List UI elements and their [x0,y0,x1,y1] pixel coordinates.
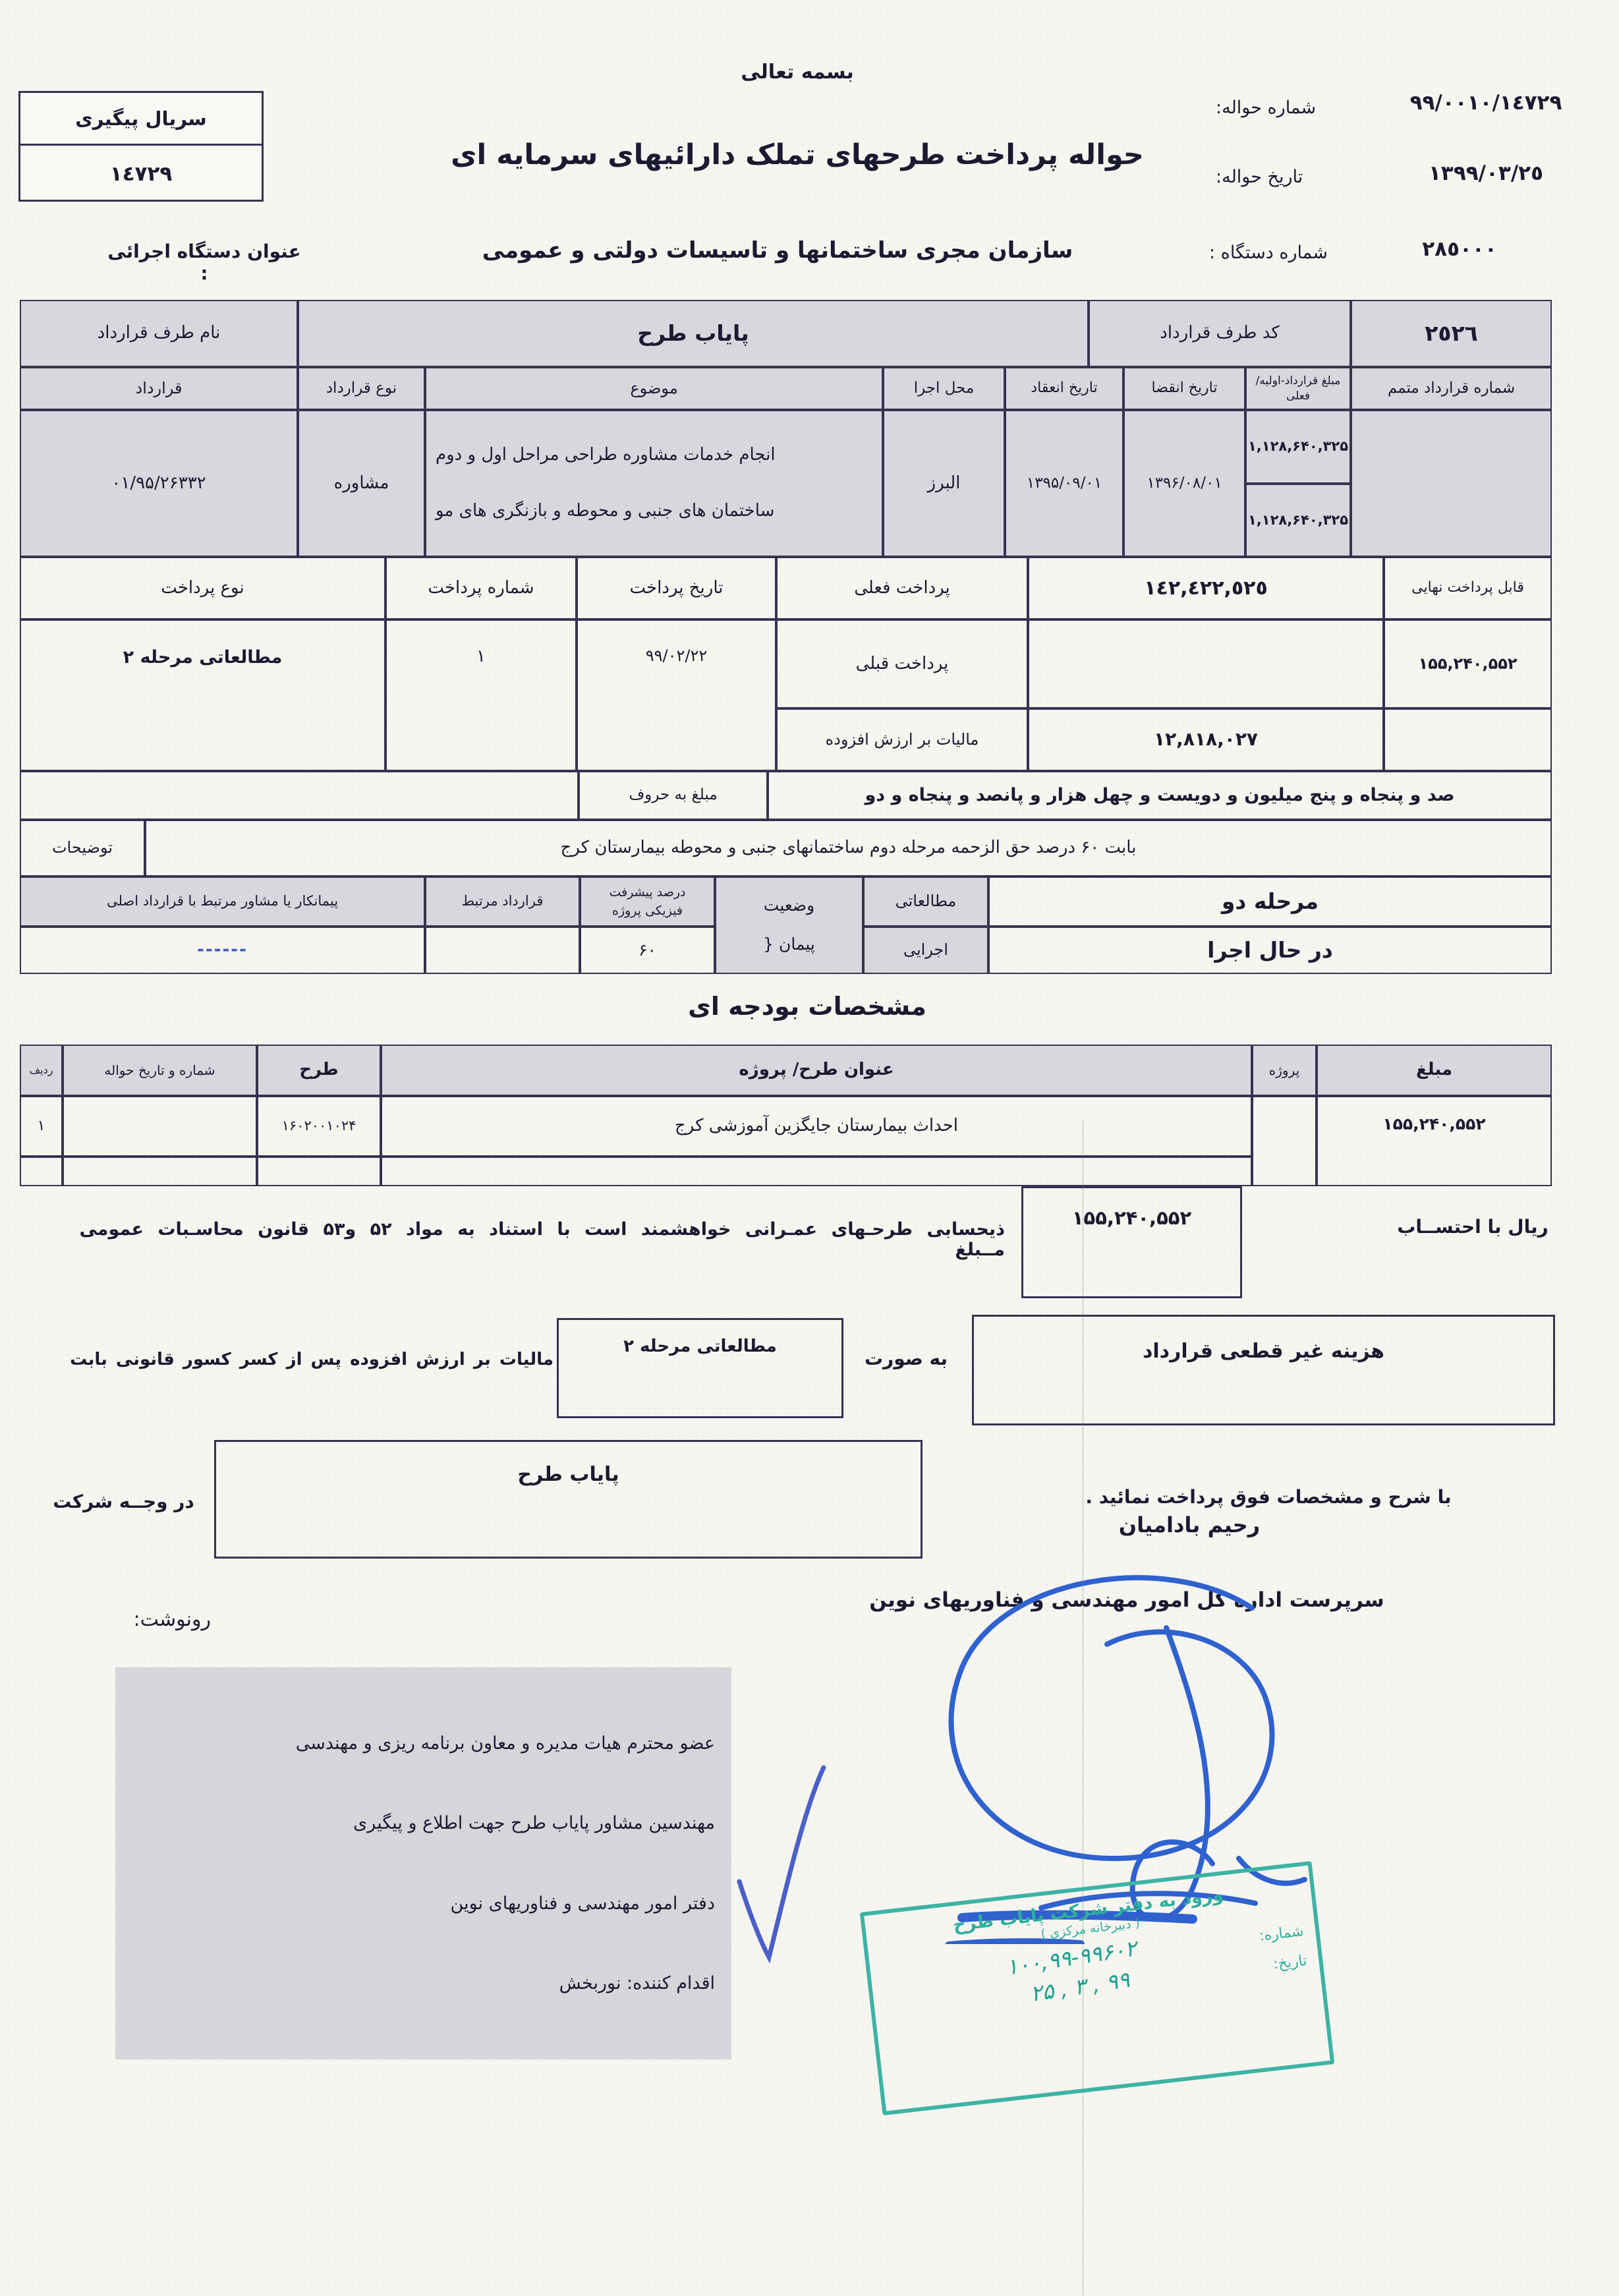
contract-location-value: البرز [883,410,1005,557]
agency-label: عنوان دستگاه اجرائی : [102,241,306,284]
stamp-number-label: شماره: [1259,1923,1305,1944]
havale-date-value: ١٣٩٩/٠٣/٢٥ [1380,161,1591,185]
budget-header-project: پروژه [1252,1045,1317,1096]
related-contract-empty [425,927,580,974]
bismillah-text: بسمه تعالی [659,61,936,84]
subject-line-1: انجام خدمات مشاوره طراحی مراحل اول و دوم [436,444,776,467]
budget-empty-4 [381,1157,1252,1186]
contract-expiry-date-value: ۱۳۹۶/۰۸/۰۱ [1123,410,1245,557]
progress-header-line-1: درصد پیشرفت [610,883,686,902]
budget-title: مشخصات بودجه ای [461,992,1153,1021]
budget-header-title: عنوان طرح/ پروژه [381,1045,1252,1096]
header-expiry-date: تاریخ انقضا [1123,367,1245,410]
final-payable-empty [1384,708,1552,771]
supplement-no-empty [1351,410,1552,557]
header-subject: موضوع [425,367,883,410]
contract-sign-date-value: ۱۳۹۵/۰۹/۰۱ [1005,410,1123,557]
subject-line-2: ساختمان های جنبی و محوطه و بازنگری های م… [436,500,774,523]
expense-box: هزینه غیر قطعی قرارداد [972,1315,1555,1425]
related-contract-header: قرارداد مرتبط [425,876,580,927]
budget-header-amount: مبلغ [1317,1045,1552,1096]
copies-item-4: اقدام کننده: نوربخش [122,1973,715,1994]
stage-value: مرحله دو [988,876,1552,927]
serial-value: ١٤٧٢٩ [20,147,262,201]
serial-tracking-box: سریال پیگیری ١٤٧٢٩ [18,91,264,202]
status-header-cell: وضعیت پیمان { [715,876,863,974]
copies-item-2: مهندسین مشاور پایاب طرح جهت اطلاع و پیگی… [122,1813,715,1833]
contract-name-label: نام طرف قرارداد [20,300,298,367]
copies-label: رونوشت: [59,1608,211,1631]
stamp-date-label: تاریخ: [1272,1953,1308,1973]
serial-label: سریال پیگیری [20,93,262,146]
copies-block: عضو محترم هیات مدیره و معاون برنامه ریزی… [115,1667,731,2059]
pay-instruction-text: با شرح و مشخصات فوق پرداخت نمائید . [975,1486,1562,1508]
state-value: در حال اجرا [988,927,1552,974]
studies-label: مطالعاتی [863,876,988,927]
budget-project-empty [1252,1096,1317,1186]
status-word: وضعیت [764,895,814,917]
previous-payment-label: پرداخت قبلی [776,619,1028,708]
amount-in-words-label: مبلغ به حروف [579,771,768,820]
contract-no-value: ۰۱/۹۵/۲۶۳۳۲ [20,410,298,557]
pen-checkmark [731,1760,830,1970]
device-no-value: ٢٨٥٠٠٠ [1364,237,1555,261]
device-no-label: شماره دستگاه : [1209,243,1377,263]
budget-empty-3 [257,1157,381,1186]
executive-label: اجرایی [863,927,988,974]
progress-header: درصد پیشرفت فیزیکی پروژه [580,876,715,927]
vat-deduction-text: مالیات بر ارزش افزوده پس از کسر کسور قان… [40,1350,554,1369]
budget-ref-empty [63,1096,257,1157]
payment-type-value: مطالعاتی مرحله ۲ [20,619,385,771]
scan-fold-line [1082,1120,1084,2296]
status-peyman: پیمان { [763,934,815,956]
company-box: پایاب طرح [214,1440,923,1559]
previous-payment-value-empty [1028,619,1384,708]
copies-item-1: عضو محترم هیات مدیره و معاون برنامه ریزی… [122,1733,715,1754]
company-box-text: پایاب طرح [216,1463,921,1486]
vat-label: مالیات بر ارزش افزوده [776,708,1028,771]
payment-type-header: نوع پرداخت [20,557,385,619]
budget-plan-value: ۱۶۰۲۰۰۱۰۲۴ [257,1096,381,1157]
type-box-text: مطالعاتی مرحله ۲ [559,1336,841,1356]
type-box: مطالعاتی مرحله ۲ [557,1318,843,1418]
header-contract: قرارداد [20,367,298,410]
as-label: به صورت [847,1348,965,1369]
vat-value: ١٢,٨١٨,٠٢٧ [1028,708,1384,771]
progress-value: ۶۰ [580,927,715,974]
notes-label: توضیحات [20,820,145,876]
related-contractor-value: ------ [20,927,425,974]
words-row-empty [20,771,579,820]
expense-box-text: هزینه غیر قطعی قرارداد [974,1340,1553,1363]
budget-amount-value: ۱۵۵,۲۴۰,۵۵۲ [1317,1096,1552,1186]
budget-empty-1 [20,1157,63,1186]
header-supplement-no: شماره قرارداد متمم [1351,367,1552,410]
current-payment-label: پرداخت فعلی [776,557,1028,619]
copies-item-3: دفتر امور مهندسی و فناوریهای نوین [122,1893,715,1914]
header-contract-type: نوع قرارداد [298,367,425,410]
contract-type-value: مشاوره [298,410,425,557]
header-sign-date: تاریخ انعقاد [1005,367,1123,410]
scanned-payment-order-document: سریال پیگیری ١٤٧٢٩ بسمه تعالی حواله پردا… [0,0,1619,2296]
current-payment-value: ١٤٢,٤٢٢,٥٢٥ [1028,557,1384,619]
notes-value: بابت ۶۰ درصد حق الزحمه مرحله دوم ساختمان… [145,820,1552,876]
final-payable-label: قابل پرداخت نهایی [1384,557,1552,619]
budget-header-ref: شماره و تاریخ حواله [63,1045,257,1096]
instruction-amount-box: ۱۵۵,۲۴۰,۵۵۲ [1021,1186,1242,1298]
rial-text: ریال با احتســاب [1380,1216,1565,1238]
payment-no-value: ۱ [385,619,577,771]
org-name: سازمان مجری ساختمانها و تاسیسات دولتی و … [369,237,1186,264]
progress-header-line-2: فیزیکی پروژه [612,902,683,921]
payment-date-header: تاریخ پرداخت [577,557,776,619]
signer-name: رحیم بادامیان [1074,1512,1305,1537]
instruction-amount-value: ۱۵۵,۲۴۰,۵۵۲ [1023,1207,1240,1229]
related-contractor-header: پیمانکار یا مشاور مرتبط با قرارداد اصلی [20,876,425,927]
header-contract-amount: مبلغ قرارداد-اولیه/فعلی [1245,367,1351,410]
contract-code-value: ٢٥٢٦ [1351,300,1552,367]
havale-no-value: ٩٩/٠٠١٠/١٤٧٢٩ [1380,91,1591,115]
header-location: محل اجرا [883,367,1005,410]
havale-no-label: شماره حواله: [1216,98,1377,118]
budget-row-value: ۱ [20,1096,63,1157]
payment-no-header: شماره پرداخت [385,557,577,619]
contract-subject-value: انجام خدمات مشاوره طراحی مراحل اول و دوم… [425,410,883,557]
budget-empty-2 [63,1157,257,1186]
payment-date-value: ۹۹/۰۲/۲۲ [577,619,776,771]
contract-amount-current: ۱,۱۲۸,۶۴۰,۳۲۵ [1245,484,1351,557]
contract-amount-initial: ۱,۱۲۸,۶۴۰,۳۲۵ [1245,410,1351,484]
budget-title-value: احداث بیمارستان جایگزین آموزشی کرج [381,1096,1252,1157]
amount-in-words-value: صد و پنجاه و پنج میلیون و دویست و چهل هز… [768,771,1552,820]
company-label: در وجــه شرکت [36,1491,211,1512]
instruction-line1: ذیحسابی طرحـهای عمـرانی خواهشمند است با … [36,1219,1005,1260]
contract-name-value: پایاب طرح [298,300,1089,367]
contract-code-label: کد طرف قرارداد [1089,300,1351,367]
budget-header-row: ردیف [20,1045,63,1096]
document-title: حواله پرداخت طرحهای تملک دارائیهای سرمای… [369,138,1226,171]
budget-header-plan: طرح [257,1045,381,1096]
final-payable-value: ۱۵۵,۲۴۰,۵۵۲ [1384,619,1552,708]
havale-date-label: تاریخ حواله: [1216,167,1377,187]
